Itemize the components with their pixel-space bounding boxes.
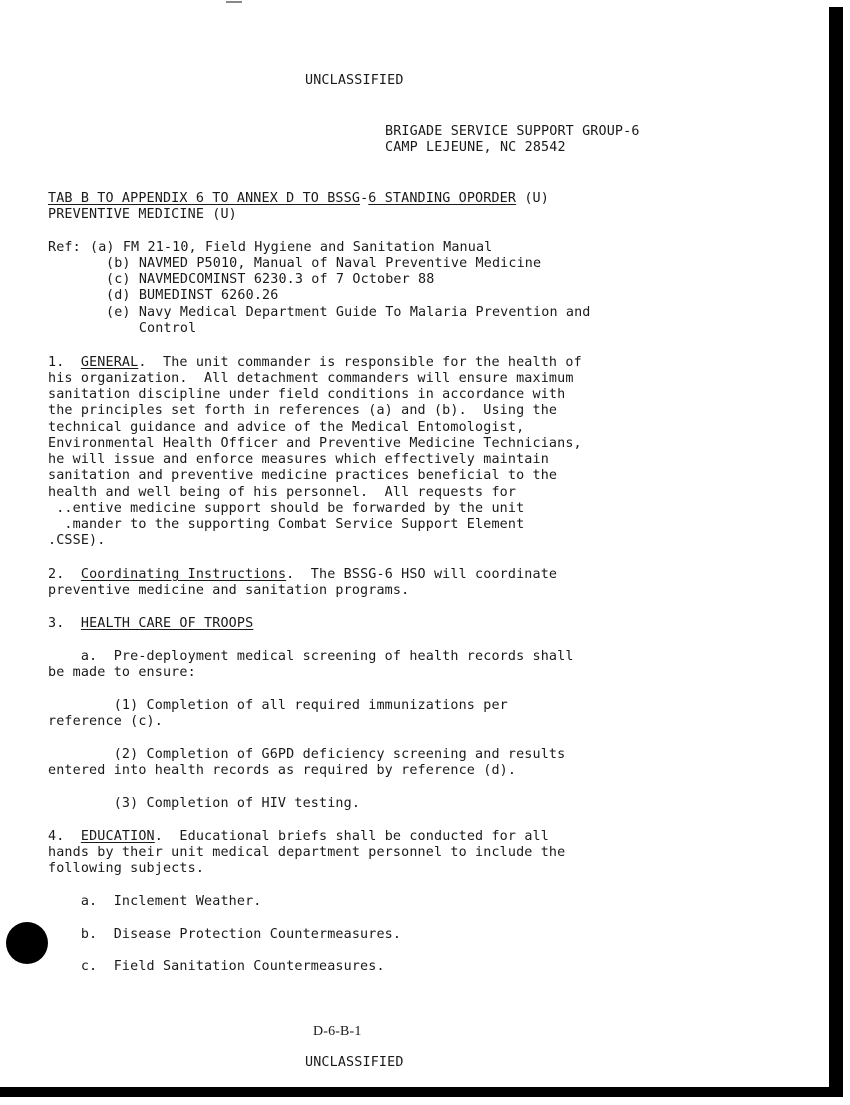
reference-item: Control (106, 321, 196, 337)
para3-sub-1: (1) Completion of all required immunizat… (48, 698, 508, 714)
reference-item: (e) Navy Medical Department Guide To Mal… (106, 305, 591, 321)
para4-text: . Educational briefs shall be conducted … (155, 829, 549, 844)
para3-sub-2-cont: entered into health records as required … (48, 763, 516, 779)
para1-line: he will issue and enforce measures which… (48, 452, 549, 468)
para2-first-line: 2. Coordinating Instructions. The BSSG-6… (48, 567, 557, 583)
para1-line: .CSSE). (48, 533, 105, 549)
para4-heading: EDUCATION (81, 829, 155, 844)
para1-line: health and well being of his personnel. … (48, 485, 516, 501)
title-part-b: 6 STANDING OPORDER (368, 191, 516, 206)
para1-line: ..entive medicine support should be forw… (48, 501, 524, 517)
para1-number: 1. (48, 355, 81, 370)
scan-border-right (829, 7, 843, 1097)
classification-header: UNCLASSIFIED (305, 73, 404, 89)
para2-text: . The BSSG-6 HSO will coordinate (286, 567, 557, 582)
para1-line: Environmental Health Officer and Prevent… (48, 436, 582, 452)
reference-item: (a) FM 21-10, Field Hygiene and Sanitati… (90, 240, 492, 256)
para2-heading: Coordinating Instructions (81, 567, 286, 582)
para4-line: hands by their unit medical department p… (48, 845, 565, 861)
para3-sub-2: (2) Completion of G6PD deficiency screen… (48, 747, 565, 763)
para1-line: the principles set forth in references (… (48, 403, 557, 419)
para4-item-b: b. Disease Protection Countermeasures. (48, 927, 401, 943)
para3-first-line: 3. HEALTH CARE OF TROOPS (48, 616, 253, 632)
para1-line: sanitation discipline under field condit… (48, 387, 565, 403)
document-title: TAB B TO APPENDIX 6 TO ANNEX D TO BSSG-6… (48, 191, 549, 207)
para4-line: following subjects. (48, 861, 204, 877)
para4-item-c: c. Field Sanitation Countermeasures. (48, 959, 385, 975)
para4-item-a: a. Inclement Weather. (48, 894, 262, 910)
para4-number: 4. (48, 829, 81, 844)
para1-line: his organization. All detachment command… (48, 371, 574, 387)
para2-number: 2. (48, 567, 81, 582)
references-label: Ref: (48, 240, 81, 256)
para3-sub-3: (3) Completion of HIV testing. (48, 796, 360, 812)
para3-number: 3. (48, 616, 81, 631)
organization-address: CAMP LEJEUNE, NC 28542 (385, 140, 566, 156)
para1-line: sanitation and preventive medicine pract… (48, 468, 557, 484)
document-subtitle: PREVENTIVE MEDICINE (U) (48, 207, 237, 223)
classification-footer: UNCLASSIFIED (305, 1055, 404, 1071)
scan-mark (226, 1, 242, 3)
para4-first-line: 4. EDUCATION. Educational briefs shall b… (48, 829, 549, 845)
para1-line: technical guidance and advice of the Med… (48, 420, 524, 436)
para3-sub-a-cont: be made to ensure: (48, 665, 196, 681)
para1-heading: GENERAL (81, 355, 138, 370)
reference-item: (b) NAVMED P5010, Manual of Naval Preven… (106, 256, 541, 272)
para1-line: .mander to the supporting Combat Service… (48, 517, 524, 533)
title-part-a: TAB B TO APPENDIX 6 TO ANNEX D TO BSSG (48, 191, 360, 206)
reference-item: (c) NAVMEDCOMINST 6230.3 of 7 October 88 (106, 272, 434, 288)
scan-border-bottom (0, 1087, 843, 1097)
organization-name: BRIGADE SERVICE SUPPORT GROUP-6 (385, 124, 640, 140)
para1-first-line: 1. GENERAL. The unit commander is respon… (48, 355, 582, 371)
para2-line: preventive medicine and sanitation progr… (48, 583, 409, 599)
para3-heading: HEALTH CARE OF TROOPS (81, 616, 253, 631)
para3-sub-a: a. Pre-deployment medical screening of h… (48, 649, 574, 665)
punch-hole-mark (6, 922, 48, 964)
title-classification: (U) (516, 191, 549, 206)
page-number: D-6-B-1 (313, 1024, 362, 1040)
para1-text: . The unit commander is responsible for … (138, 355, 581, 370)
reference-item: (d) BUMEDINST 6260.26 (106, 288, 278, 304)
para3-sub-1-cont: reference (c). (48, 714, 163, 730)
